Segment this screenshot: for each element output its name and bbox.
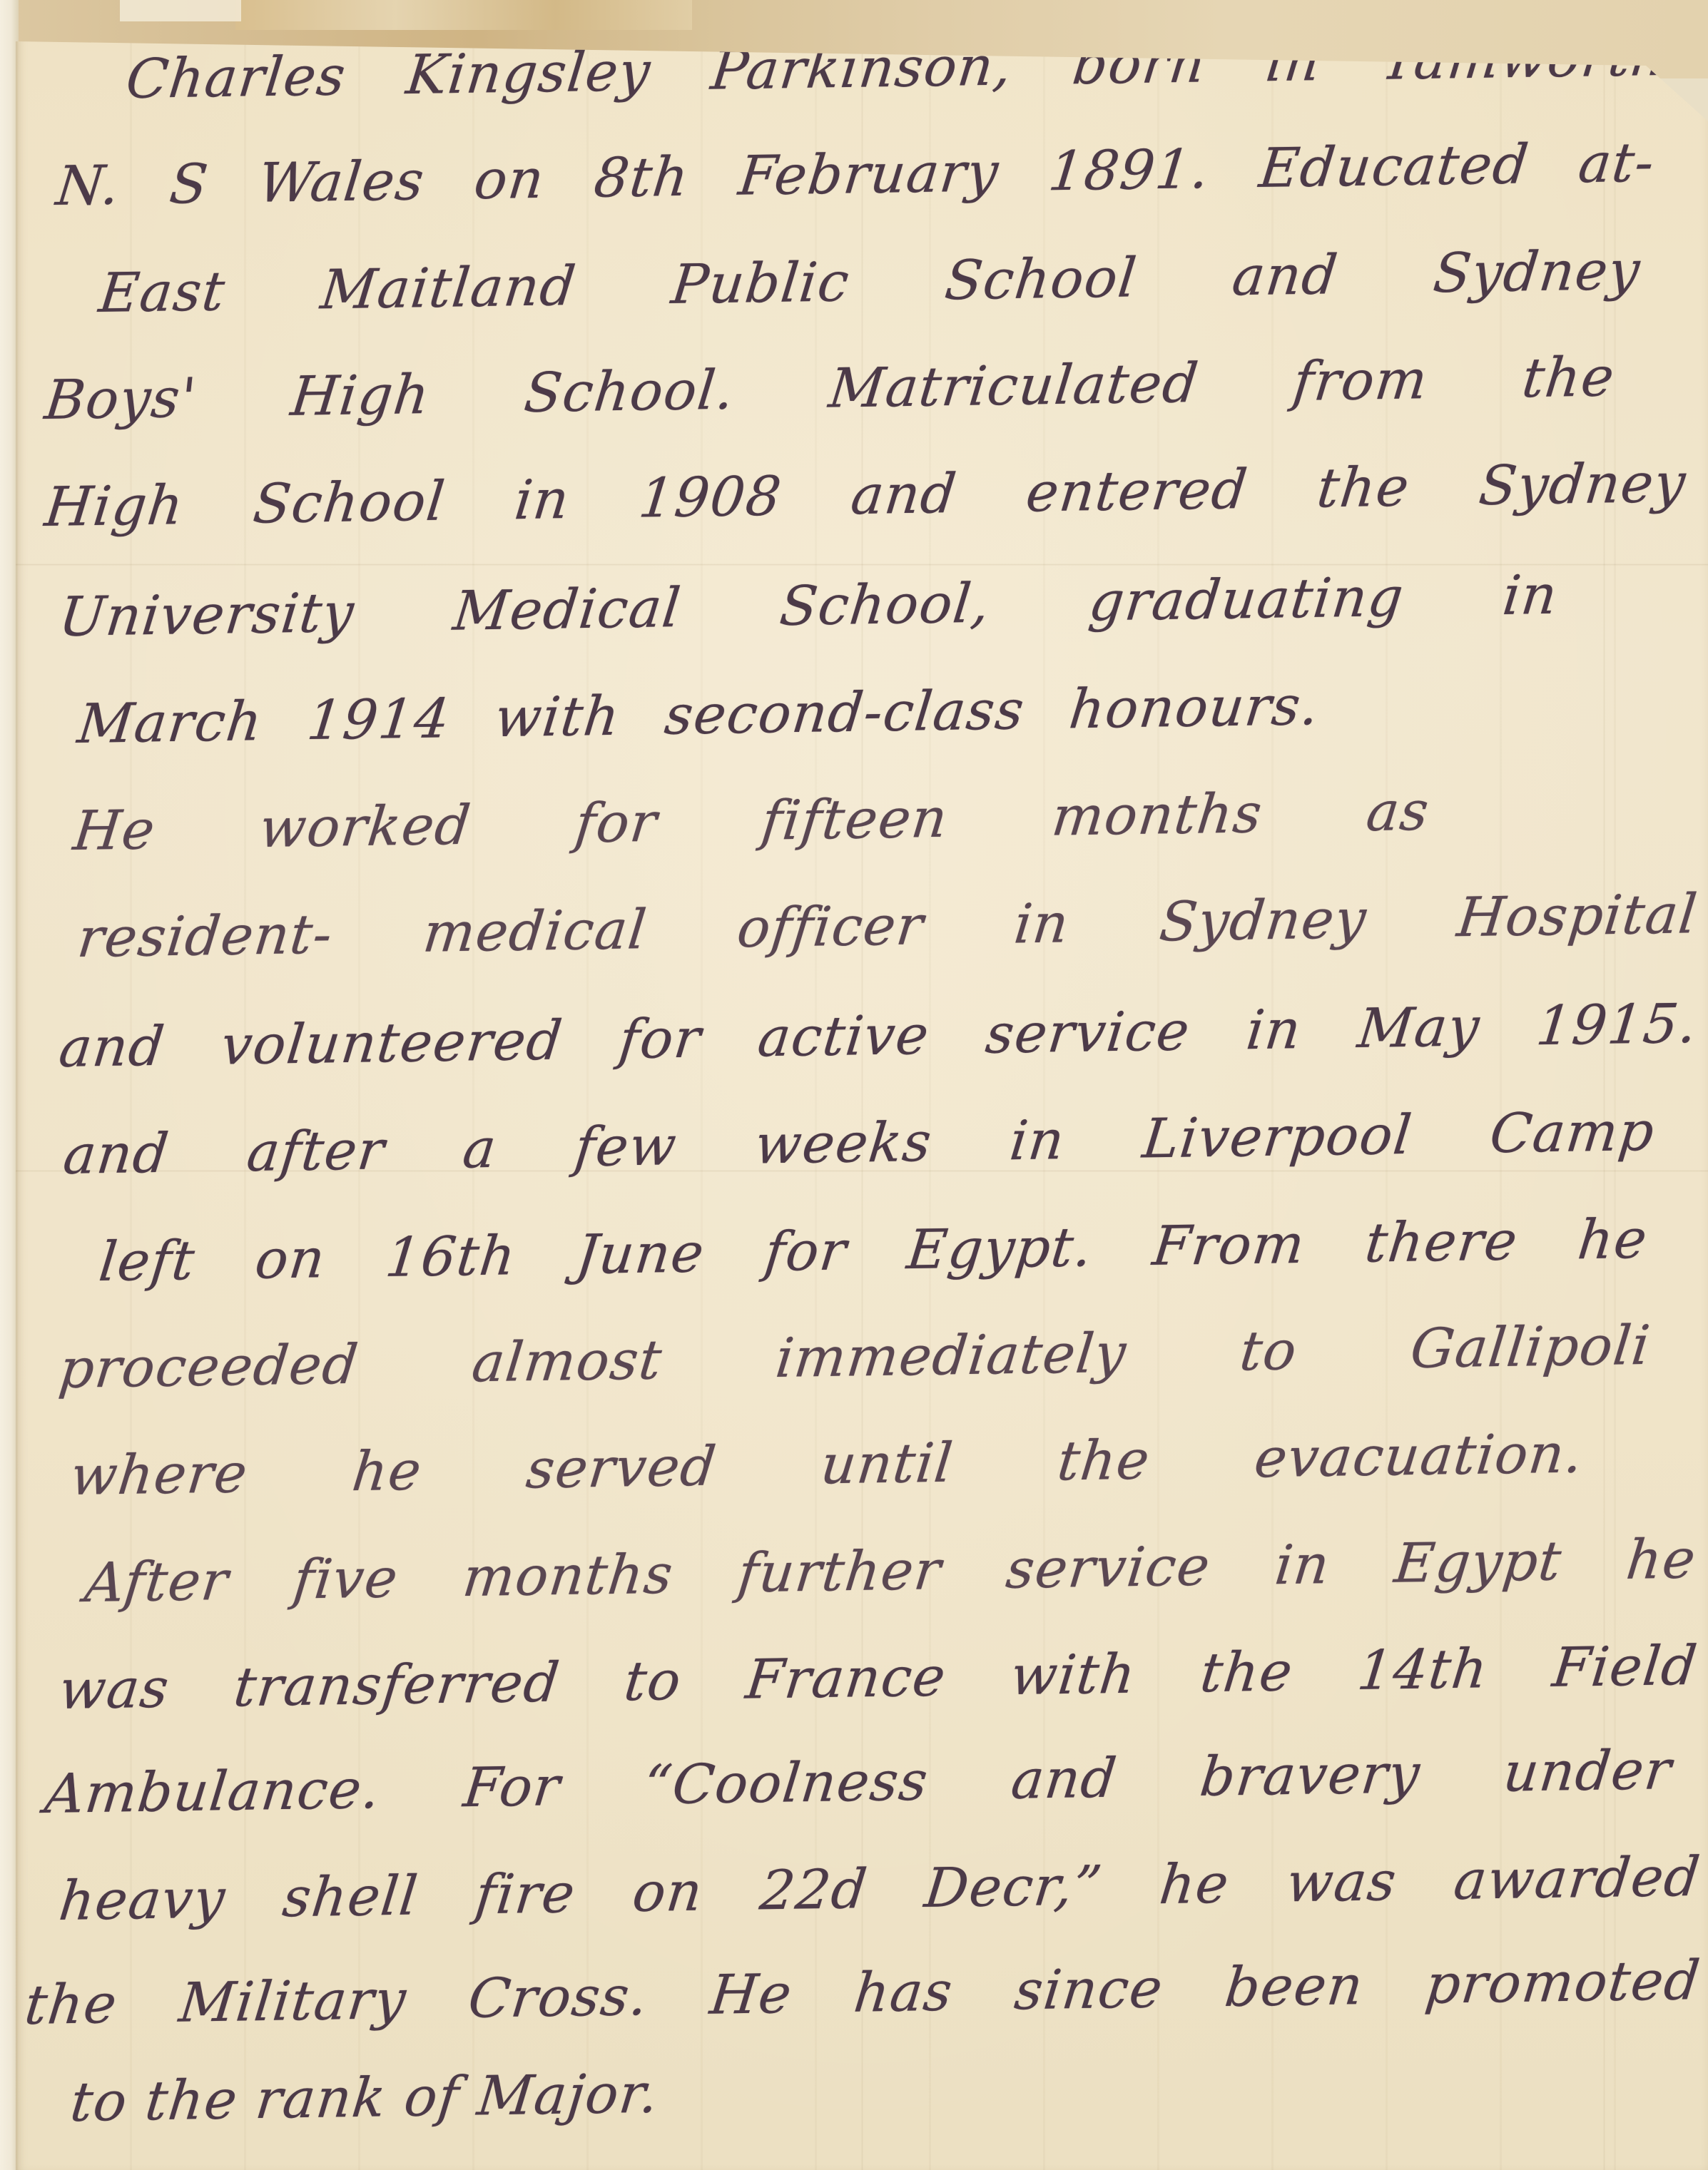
handwritten-line: left on 16th June for Egypt. From there … <box>96 1204 1651 1298</box>
handwritten-line: resident- medical officer in Sydney Hosp… <box>74 879 1701 974</box>
backing-sheet-wood-tone <box>235 0 692 30</box>
fold-crease <box>861 0 863 2170</box>
handwritten-line: and after a few weeks in Liverpool Camp <box>60 1096 1658 1191</box>
handwritten-line: University Medical School, graduating in <box>56 560 1561 653</box>
handwritten-line: East Maitland Public School and Sydney <box>96 235 1644 329</box>
handwritten-line: the Military Cross. He has since been pr… <box>21 1945 1704 2041</box>
handwritten-line: High School in 1908 and entered the Sydn… <box>41 448 1689 543</box>
handwritten-line: He worked for fifteen months as <box>70 776 1433 867</box>
handwritten-line: proceeded almost immediately to Gallipol… <box>56 1310 1654 1405</box>
handwritten-line: to the rank of Major. <box>67 2059 663 2138</box>
handwritten-line: N. S Wales on 8th February 1891. Educate… <box>53 128 1658 222</box>
handwritten-line: heavy shell fire on 22d Decr,” he was aw… <box>56 1842 1704 1937</box>
handwritten-line: March 1914 with second-class honours. <box>74 671 1323 760</box>
manuscript-page: Charles Kingsley Parkinson, born in Tamw… <box>16 0 1708 2170</box>
handwritten-line: Boys' High School. Matriculated from the <box>41 342 1618 436</box>
handwritten-line: Ambulance. For “Coolness and bravery und… <box>41 1735 1675 1830</box>
handwritten-line: After five months further service in Egy… <box>81 1524 1699 1618</box>
handwritten-line: where he served until the evacuation. <box>67 1418 1587 1511</box>
backing-sheet-light-gap <box>120 0 241 21</box>
handwritten-line: and volunteered for active service in Ma… <box>56 989 1701 1084</box>
handwritten-line: was transferred to France with the 14th … <box>56 1631 1701 1726</box>
